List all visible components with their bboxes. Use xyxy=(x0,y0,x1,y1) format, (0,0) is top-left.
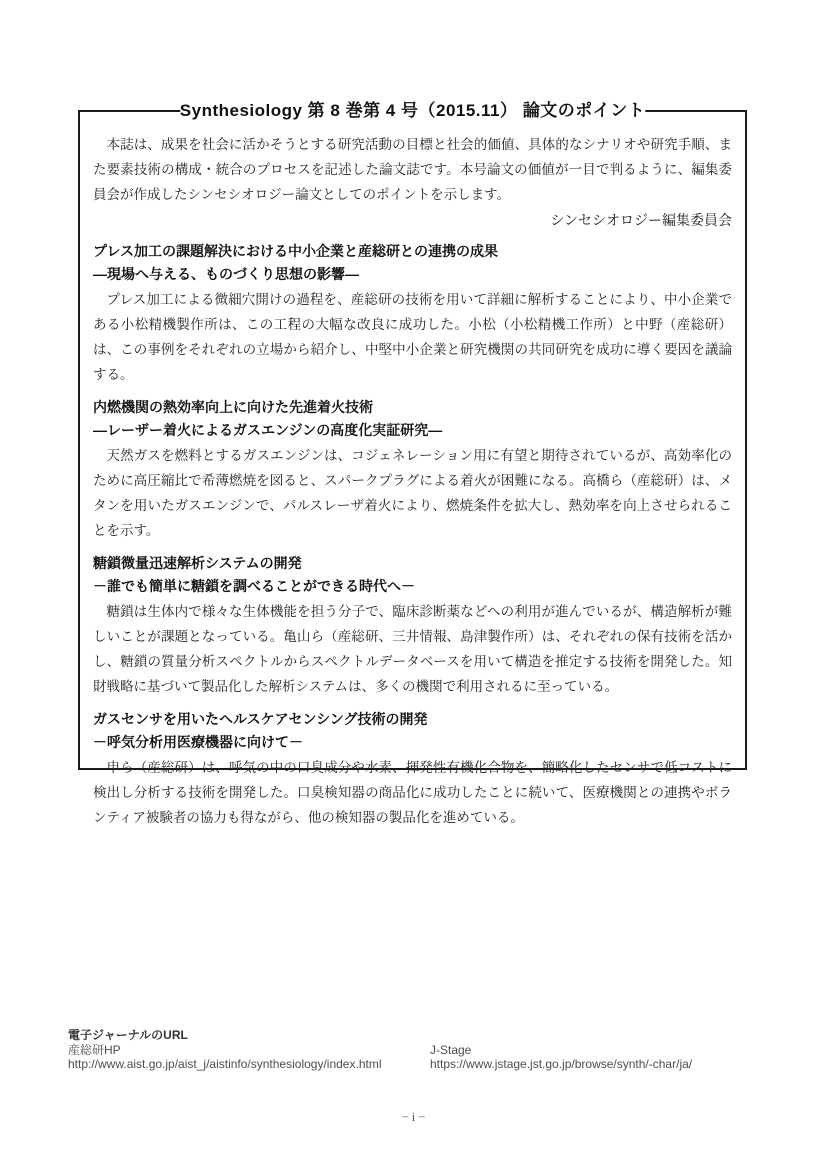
editorial-committee-signature: シンセシオロジー編集委員会 xyxy=(93,209,732,231)
aist-link-block: 産総研HP http://www.aist.go.jp/aist_j/aisti… xyxy=(68,1043,430,1072)
article-abstract: 申ら（産総研）は、呼気の中の口臭成分や水素、揮発性有機化合物を、簡略化したセンサ… xyxy=(93,755,732,830)
ejournal-url-heading: 電子ジャーナルのURL xyxy=(68,1028,768,1043)
article-title: 内燃機関の熱効率向上に向けた先進着火技術 xyxy=(93,399,732,416)
article-summary: 糖鎖微量迅速解析システムの開発 －誰でも簡単に糖鎖を調べることができる時代へ－ … xyxy=(93,555,732,699)
article-summary: 内燃機関の熱効率向上に向けた先進着火技術 ―レーザー着火によるガスエンジンの高度… xyxy=(93,399,732,543)
jstage-link-block: J-Stage https://www.jstage.jst.go.jp/bro… xyxy=(430,1043,692,1072)
points-box: Synthesiology 第 8 巻第 4 号（2015.11） 論文のポイン… xyxy=(78,110,747,770)
article-title: プレス加工の課題解決における中小企業と産総研との連携の成果 xyxy=(93,243,732,260)
article-subtitle: ―現場へ与える、ものづくり思想の影響― xyxy=(93,266,732,283)
jstage-label: J-Stage xyxy=(430,1043,692,1058)
journal-issue-title: Synthesiology 第 8 巻第 4 号（2015.11） 論文のポイン… xyxy=(180,101,645,120)
aist-hp-label: 産総研HP xyxy=(68,1043,430,1058)
article-abstract: 糖鎖は生体内で様々な生体機能を担う分子で、臨床診断薬などへの利用が進んでいるが、… xyxy=(93,599,732,699)
ejournal-url-columns: 産総研HP http://www.aist.go.jp/aist_j/aisti… xyxy=(68,1043,768,1072)
intro-paragraph: 本誌は、成果を社会に活かそうとする研究活動の目標と社会的価値、具体的なシナリオや… xyxy=(93,132,732,207)
document-page: { "header": { "title": "Synthesiology 第 … xyxy=(0,0,827,1170)
article-summary: ガスセンサを用いたヘルスケアセンシング技術の開発 －呼気分析用医療機器に向けて－… xyxy=(93,711,732,830)
article-title: ガスセンサを用いたヘルスケアセンシング技術の開発 xyxy=(93,711,732,728)
article-abstract: プレス加工による微細穴開けの過程を、産総研の技術を用いて詳細に解析することにより… xyxy=(93,287,732,387)
article-subtitle: ―レーザー着火によるガスエンジンの高度化実証研究― xyxy=(93,422,732,439)
points-box-content: 本誌は、成果を社会に活かそうとする研究活動の目標と社会的価値、具体的なシナリオや… xyxy=(80,112,745,830)
aist-hp-url: http://www.aist.go.jp/aist_j/aistinfo/sy… xyxy=(68,1057,430,1072)
page-number: − i − xyxy=(0,1110,827,1125)
article-subtitle: －呼気分析用医療機器に向けて－ xyxy=(93,734,732,751)
jstage-url: https://www.jstage.jst.go.jp/browse/synt… xyxy=(430,1057,692,1072)
article-subtitle: －誰でも簡単に糖鎖を調べることができる時代へ－ xyxy=(93,578,732,595)
article-abstract: 天然ガスを燃料とするガスエンジンは、コジェネレーション用に有望と期待されているが… xyxy=(93,443,732,543)
article-title: 糖鎖微量迅速解析システムの開発 xyxy=(93,555,732,572)
article-summary: プレス加工の課題解決における中小企業と産総研との連携の成果 ―現場へ与える、もの… xyxy=(93,243,732,387)
ejournal-footer: 電子ジャーナルのURL 産総研HP http://www.aist.go.jp/… xyxy=(68,1028,768,1072)
